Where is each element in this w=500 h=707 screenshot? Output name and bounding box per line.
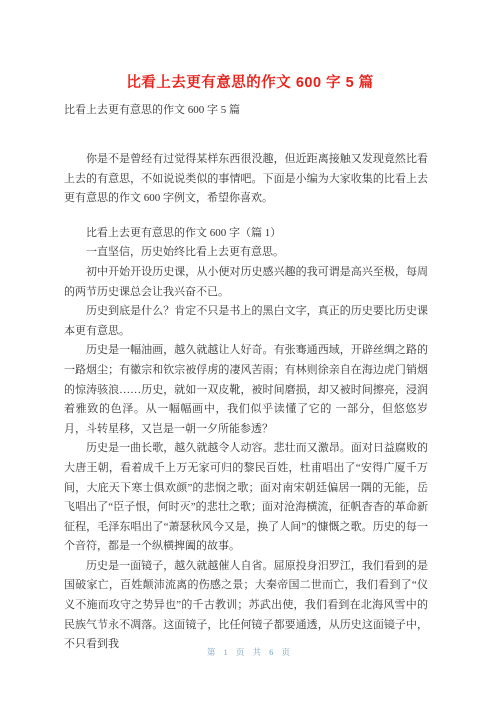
page-number-indicator: 第 1 页 共 6 页 xyxy=(0,646,500,658)
paragraph-history-song: 历史是一曲长歌，越久就越令人动容。悲壮而又激昂。面对日益腐败的大唐王朝，看着成千… xyxy=(64,439,428,557)
paragraph-belief: 一直坚信，历史始终比看上去更有意思。 xyxy=(64,243,428,263)
paragraph-history-painting: 历史是一幅油画，越久就越让人好奇。有张骞通西域，开辟丝绸之路的一路烟尘；有徽宗和… xyxy=(64,341,428,439)
document-page: 比看上去更有意思的作文 600 字 5 篇 比看上去更有意思的作文 600 字 … xyxy=(0,0,500,707)
document-title: 比看上去更有意思的作文 600 字 5 篇 xyxy=(20,72,480,94)
document-body: 你是不是曾经有过觉得某样东西很没趣，但近距离接触又发现竟然比看上去的有意思，不如… xyxy=(64,150,428,655)
paragraph-what-is-history: 历史到底是什么？肯定不只是书上的黑白文字，真正的历史要比历史课本更有意思。 xyxy=(64,302,428,341)
document-subtitle: 比看上去更有意思的作文 600 字 5 篇 xyxy=(64,101,428,119)
paragraph-history-mirror: 历史是一面镜子，越久就越催人自省。屈原投身汨罗江，我们看到的是国破家亡，百姓颠沛… xyxy=(64,557,428,655)
paragraph-intro: 你是不是曾经有过觉得某样东西很没趣，但近距离接触又发现竟然比看上去的有意思，不如… xyxy=(64,150,428,209)
section-heading-part1: 比看上去更有意思的作文 600 字（篇 1） xyxy=(64,224,428,244)
paragraph-history-class: 初中开始开设历史课，从小便对历史感兴趣的我可谓是高兴至极，每周的两节历史课总会让… xyxy=(64,263,428,302)
